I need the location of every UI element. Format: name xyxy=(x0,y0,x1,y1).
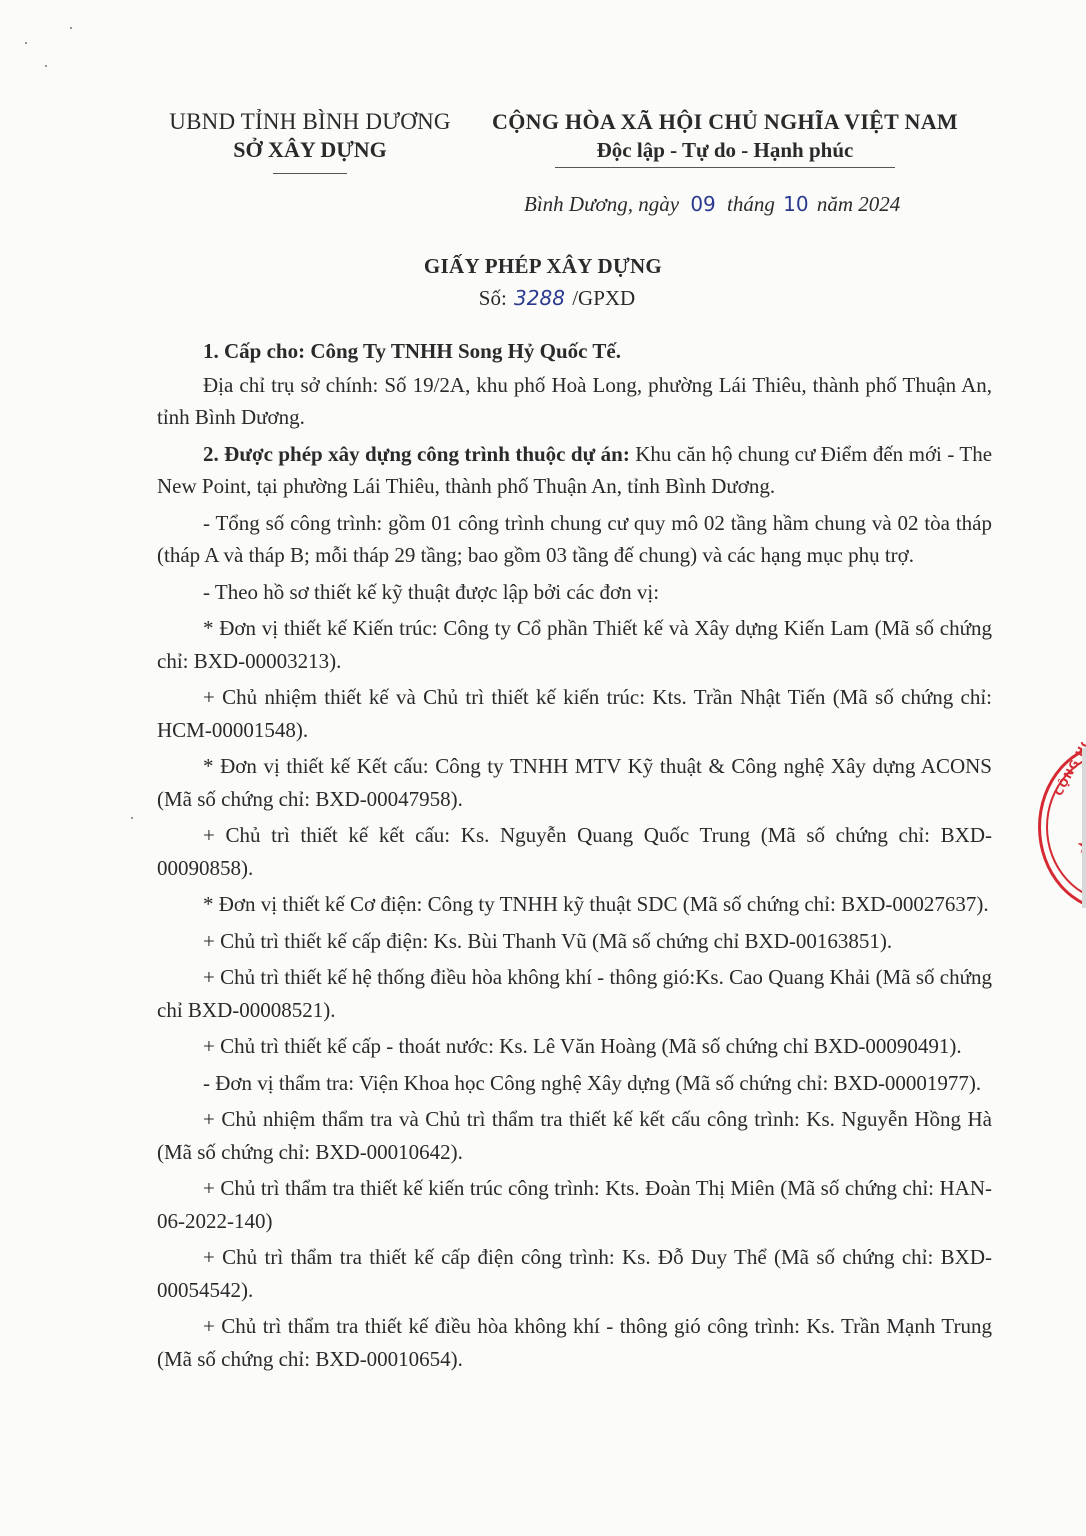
scan-speck xyxy=(45,65,47,67)
date-month-handwritten: 10 xyxy=(780,192,811,216)
scan-speck xyxy=(25,42,27,44)
date-place: Bình Dương, ngày xyxy=(524,192,679,216)
nation-line-1: CỘNG HÒA XÃ HỘI CHỦ NGHĨA VIỆT NAM xyxy=(470,108,980,136)
document-page: UBND TỈNH BÌNH DƯƠNG SỞ XÂY DỰNG CỘNG HÒ… xyxy=(0,0,1086,1536)
paragraph: * Đơn vị thiết kế Kiến trúc: Công ty Cổ … xyxy=(157,612,992,677)
date-year: năm 2024 xyxy=(817,192,900,216)
scan-speck xyxy=(70,27,72,29)
paragraph: + Chủ trì thiết kế kết cấu: Ks. Nguyễn Q… xyxy=(157,819,992,884)
paragraph: + Chủ trì thiết kế cấp điện: Ks. Bùi Tha… xyxy=(157,925,992,958)
scan-speck xyxy=(131,817,133,819)
paragraph: + Chủ trì thẩm tra thiết kế kiến trúc cô… xyxy=(157,1172,992,1237)
nation-line-2: Độc lập - Tự do - Hạnh phúc xyxy=(470,136,980,164)
document-title: GIẤY PHÉP XÂY DỰNG xyxy=(43,254,1043,279)
official-seal: CỘNG HÒA XÃ HỘI ★ xyxy=(1038,742,1086,912)
date-month-label: tháng xyxy=(727,192,775,216)
section-1-heading: 1. Cấp cho: Công Ty TNHH Song Hỷ Quốc Tế… xyxy=(157,335,992,368)
paragraph: + Chủ trì thiết kế hệ thống điều hòa khô… xyxy=(157,961,992,1026)
paragraph: * Đơn vị thiết kế Cơ điện: Công ty TNHH … xyxy=(157,888,992,921)
agency-line-2: SỞ XÂY DỰNG xyxy=(150,136,470,164)
motto-underline xyxy=(555,167,895,168)
document-body: 1. Cấp cho: Công Ty TNHH Song Hỷ Quốc Tế… xyxy=(157,335,992,1375)
agency-underline xyxy=(273,173,347,174)
paragraph: + Chủ trì thiết kế cấp - thoát nước: Ks.… xyxy=(157,1030,992,1063)
section-2-label: 2. Được phép xây dựng công trình thuộc d… xyxy=(203,442,630,466)
agency-line-1: UBND TỈNH BÌNH DƯƠNG xyxy=(150,108,470,136)
paragraph: - Theo hồ sơ thiết kế kỹ thuật được lập … xyxy=(157,576,992,609)
paragraph: + Chủ nhiệm thiết kế và Chủ trì thiết kế… xyxy=(157,681,992,746)
paragraph: + Chủ trì thẩm tra thiết kế điều hòa khô… xyxy=(157,1310,992,1375)
document-number: Số: 3288 /GPXD xyxy=(0,286,1086,311)
paragraph: + Chủ trì thẩm tra thiết kế cấp điện côn… xyxy=(157,1241,992,1306)
paragraph: * Đơn vị thiết kế Kết cấu: Công ty TNHH … xyxy=(157,750,992,815)
national-motto: CỘNG HÒA XÃ HỘI CHỦ NGHĨA VIỆT NAM Độc l… xyxy=(470,108,980,168)
address-paragraph: Địa chỉ trụ sở chính: Số 19/2A, khu phố … xyxy=(157,369,992,434)
page-edge-shadow xyxy=(1082,748,1086,908)
paragraph: - Tổng số công trình: gồm 01 công trình … xyxy=(157,507,992,572)
dateline: Bình Dương, ngày 09 tháng 10 năm 2024 xyxy=(524,192,900,217)
paragraph: + Chủ nhiệm thẩm tra và Chủ trì thẩm tra… xyxy=(157,1103,992,1168)
number-suffix: /GPXD xyxy=(572,286,635,310)
paragraph: - Đơn vị thẩm tra: Viện Khoa học Công ng… xyxy=(157,1067,992,1100)
section-2-paragraph: 2. Được phép xây dựng công trình thuộc d… xyxy=(157,438,992,503)
date-day-handwritten: 09 xyxy=(684,192,721,216)
issuing-agency: UBND TỈNH BÌNH DƯƠNG SỞ XÂY DỰNG xyxy=(150,108,470,174)
number-handwritten: 3288 xyxy=(512,286,567,310)
number-prefix: Số: xyxy=(479,286,507,310)
